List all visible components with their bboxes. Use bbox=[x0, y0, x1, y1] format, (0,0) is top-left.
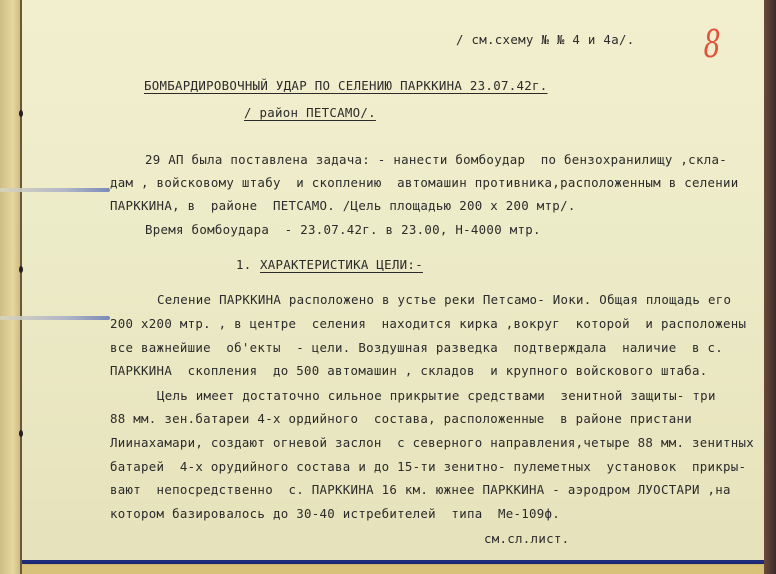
body-line: все важнейшие об'екты - цели. Воздушная … bbox=[110, 340, 723, 355]
body-line: вают непосредственно с. ПАРККИНА 16 км. … bbox=[110, 482, 731, 497]
binding-thread bbox=[0, 316, 110, 320]
scheme-reference: / см.схему № № 4 и 4а/. bbox=[456, 32, 634, 47]
body-line: Селение ПАРККИНА расположено в устье рек… bbox=[157, 292, 731, 307]
body-line: 88 мм. зен.батареи 4-х ордийного состава… bbox=[110, 411, 692, 426]
body-line: 200 х200 мтр. , в центре селения находит… bbox=[110, 316, 746, 331]
binding-hole bbox=[19, 430, 23, 437]
binding-hole bbox=[19, 266, 23, 273]
document-subtitle: / район ПЕТСАМО/. bbox=[244, 105, 376, 120]
body-line: котором базировалось до 30-40 истребител… bbox=[110, 506, 560, 521]
handwritten-number: 8 bbox=[704, 22, 721, 66]
body-line: ПАРККИНА скопления до 500 автомашин , ск… bbox=[110, 363, 708, 378]
binding-hole bbox=[19, 110, 23, 117]
intro-line: ПАРККИНА, в районе ПЕТСАМО. /Цель площад… bbox=[110, 198, 576, 213]
document-title: БОМБАРДИРОВОЧНЫЙ УДАР ПО СЕЛЕНИЮ ПАРККИН… bbox=[144, 78, 548, 93]
folder-spine bbox=[0, 0, 22, 574]
page-right-edge bbox=[764, 0, 776, 574]
section-title: ХАРАКТЕРИСТИКА ЦЕЛИ:- bbox=[260, 257, 423, 272]
binding-thread bbox=[0, 188, 110, 192]
underlying-page bbox=[22, 562, 764, 574]
intro-line: Время бомбоудара - 23.07.42г. в 23.00, Н… bbox=[145, 222, 541, 237]
document-page: 3. 8 / см.схему № № 4 и 4а/. БОМБАРДИРОВ… bbox=[22, 0, 764, 563]
intro-line: дам , войсковому штабу и скоплению автом… bbox=[110, 175, 739, 190]
intro-line: 29 АП была поставлена задача: - нанести … bbox=[145, 152, 727, 167]
body-line: Цель имеет достаточно сильное прикрытие … bbox=[157, 388, 716, 403]
body-line: батарей 4-х орудийного состава и до 15-т… bbox=[110, 459, 746, 474]
body-line: Лиинахамари, создают огневой заслон с се… bbox=[110, 435, 754, 450]
section-number: 1. bbox=[236, 257, 252, 272]
continuation-note: см.сл.лист. bbox=[484, 531, 569, 546]
